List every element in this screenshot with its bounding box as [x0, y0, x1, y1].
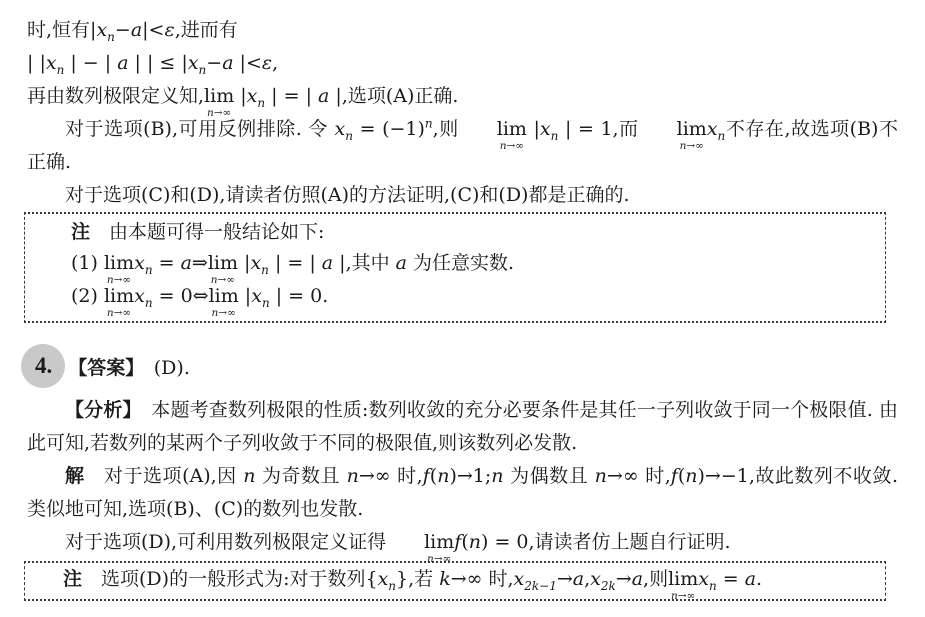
- lim-operator: limn→∞: [459, 113, 527, 146]
- note-box-general-conclusions: 注 由本题可得一般结论如下: (1) limn→∞xn = a⇒limn→∞ |…: [24, 212, 886, 323]
- lim-operator: limn→∞: [104, 280, 134, 313]
- answer-line: 【答案】 (D).: [68, 353, 190, 380]
- note-2-heading: 注 选项(D)的一般形式为:对于数列{xn},若 k→∞ 时,x2k−1→a,x…: [63, 566, 875, 593]
- lim-operator: limn→∞: [386, 526, 454, 559]
- textbook-page: 时,恒有|xn−a|<ε,进而有 | |xn | − | a | | ≤ |xn…: [0, 0, 925, 617]
- solution-paragraph: 解 对于选项(A),因 n 为奇数且 n→∞ 时,f(n)→1;n 为偶数且 n…: [27, 460, 898, 526]
- paragraph-option-a: 再由数列极限定义知,limn→∞ |xn | = | a |,选项(A)正确.: [27, 80, 898, 113]
- note-conclusion-2: (2) limn→∞xn = 0⇔limn→∞ |xn | = 0.: [71, 280, 871, 313]
- note-box-option-d-general-form: 注 选项(D)的一般形式为:对于数列{xn},若 k→∞ 时,x2k−1→a,x…: [24, 561, 886, 601]
- note-conclusion-1: (1) limn→∞xn = a⇒limn→∞ |xn | = | a |,其中…: [71, 247, 871, 280]
- note-heading: 注 由本题可得一般结论如下:: [71, 218, 871, 247]
- lim-operator: limn→∞: [639, 113, 707, 146]
- paragraph-option-b: 对于选项(B),可用反例排除. 令 xn = (−1)n,则limn→∞ |xn…: [27, 113, 898, 179]
- display-formula: | |xn | − | a | | ≤ |xn−a |<ε,: [27, 47, 898, 80]
- lim-operator: limn→∞: [208, 247, 238, 280]
- lim-operator: limn→∞: [104, 247, 134, 280]
- lim-operator: limn→∞: [668, 566, 698, 593]
- paragraph-option-cd: 对于选项(C)和(D),请读者仿照(A)的方法证明,(C)和(D)都是正确的.: [27, 179, 898, 212]
- lim-operator: limn→∞: [204, 80, 234, 113]
- solution-option-d-paragraph: 对于选项(D),可利用数列极限定义证得limn→∞f(n) = 0,请读者仿上题…: [27, 526, 898, 559]
- lim-operator: limn→∞: [209, 280, 239, 313]
- question-number: 4.: [35, 353, 52, 379]
- question-4-header: 4. 【答案】 (D).: [27, 344, 898, 388]
- paragraph-continuation: 时,恒有|xn−a|<ε,进而有: [27, 14, 898, 47]
- analysis-paragraph: 【分析】 本题考查数列极限的性质:数列收敛的充分必要条件是其任一子列收敛于同一个…: [27, 394, 898, 460]
